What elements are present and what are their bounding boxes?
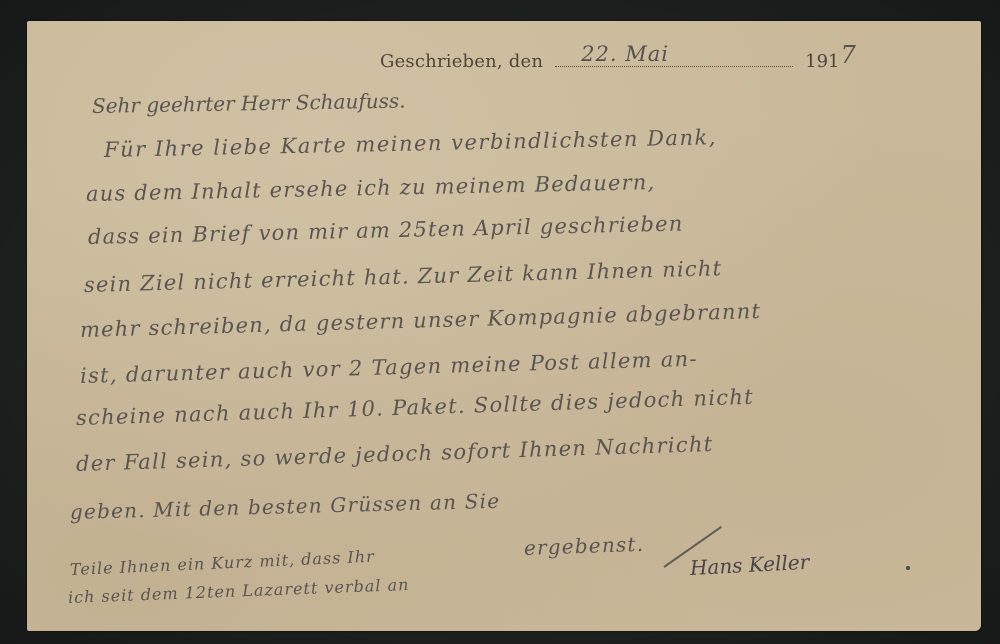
date-fill-line: 22. Mai xyxy=(555,44,793,67)
ink-dot xyxy=(906,566,910,570)
handwritten-line-ergebenst: ergebenst. xyxy=(524,532,645,560)
date-header: Geschrieben, den 22. Mai 191 7 xyxy=(380,44,856,73)
handwritten-year-suffix: 7 xyxy=(841,41,856,69)
handwritten-date: 22. Mai xyxy=(581,42,669,66)
printed-label-geschrieben: Geschrieben, den xyxy=(380,51,543,72)
printed-year-prefix: 191 xyxy=(805,51,839,72)
